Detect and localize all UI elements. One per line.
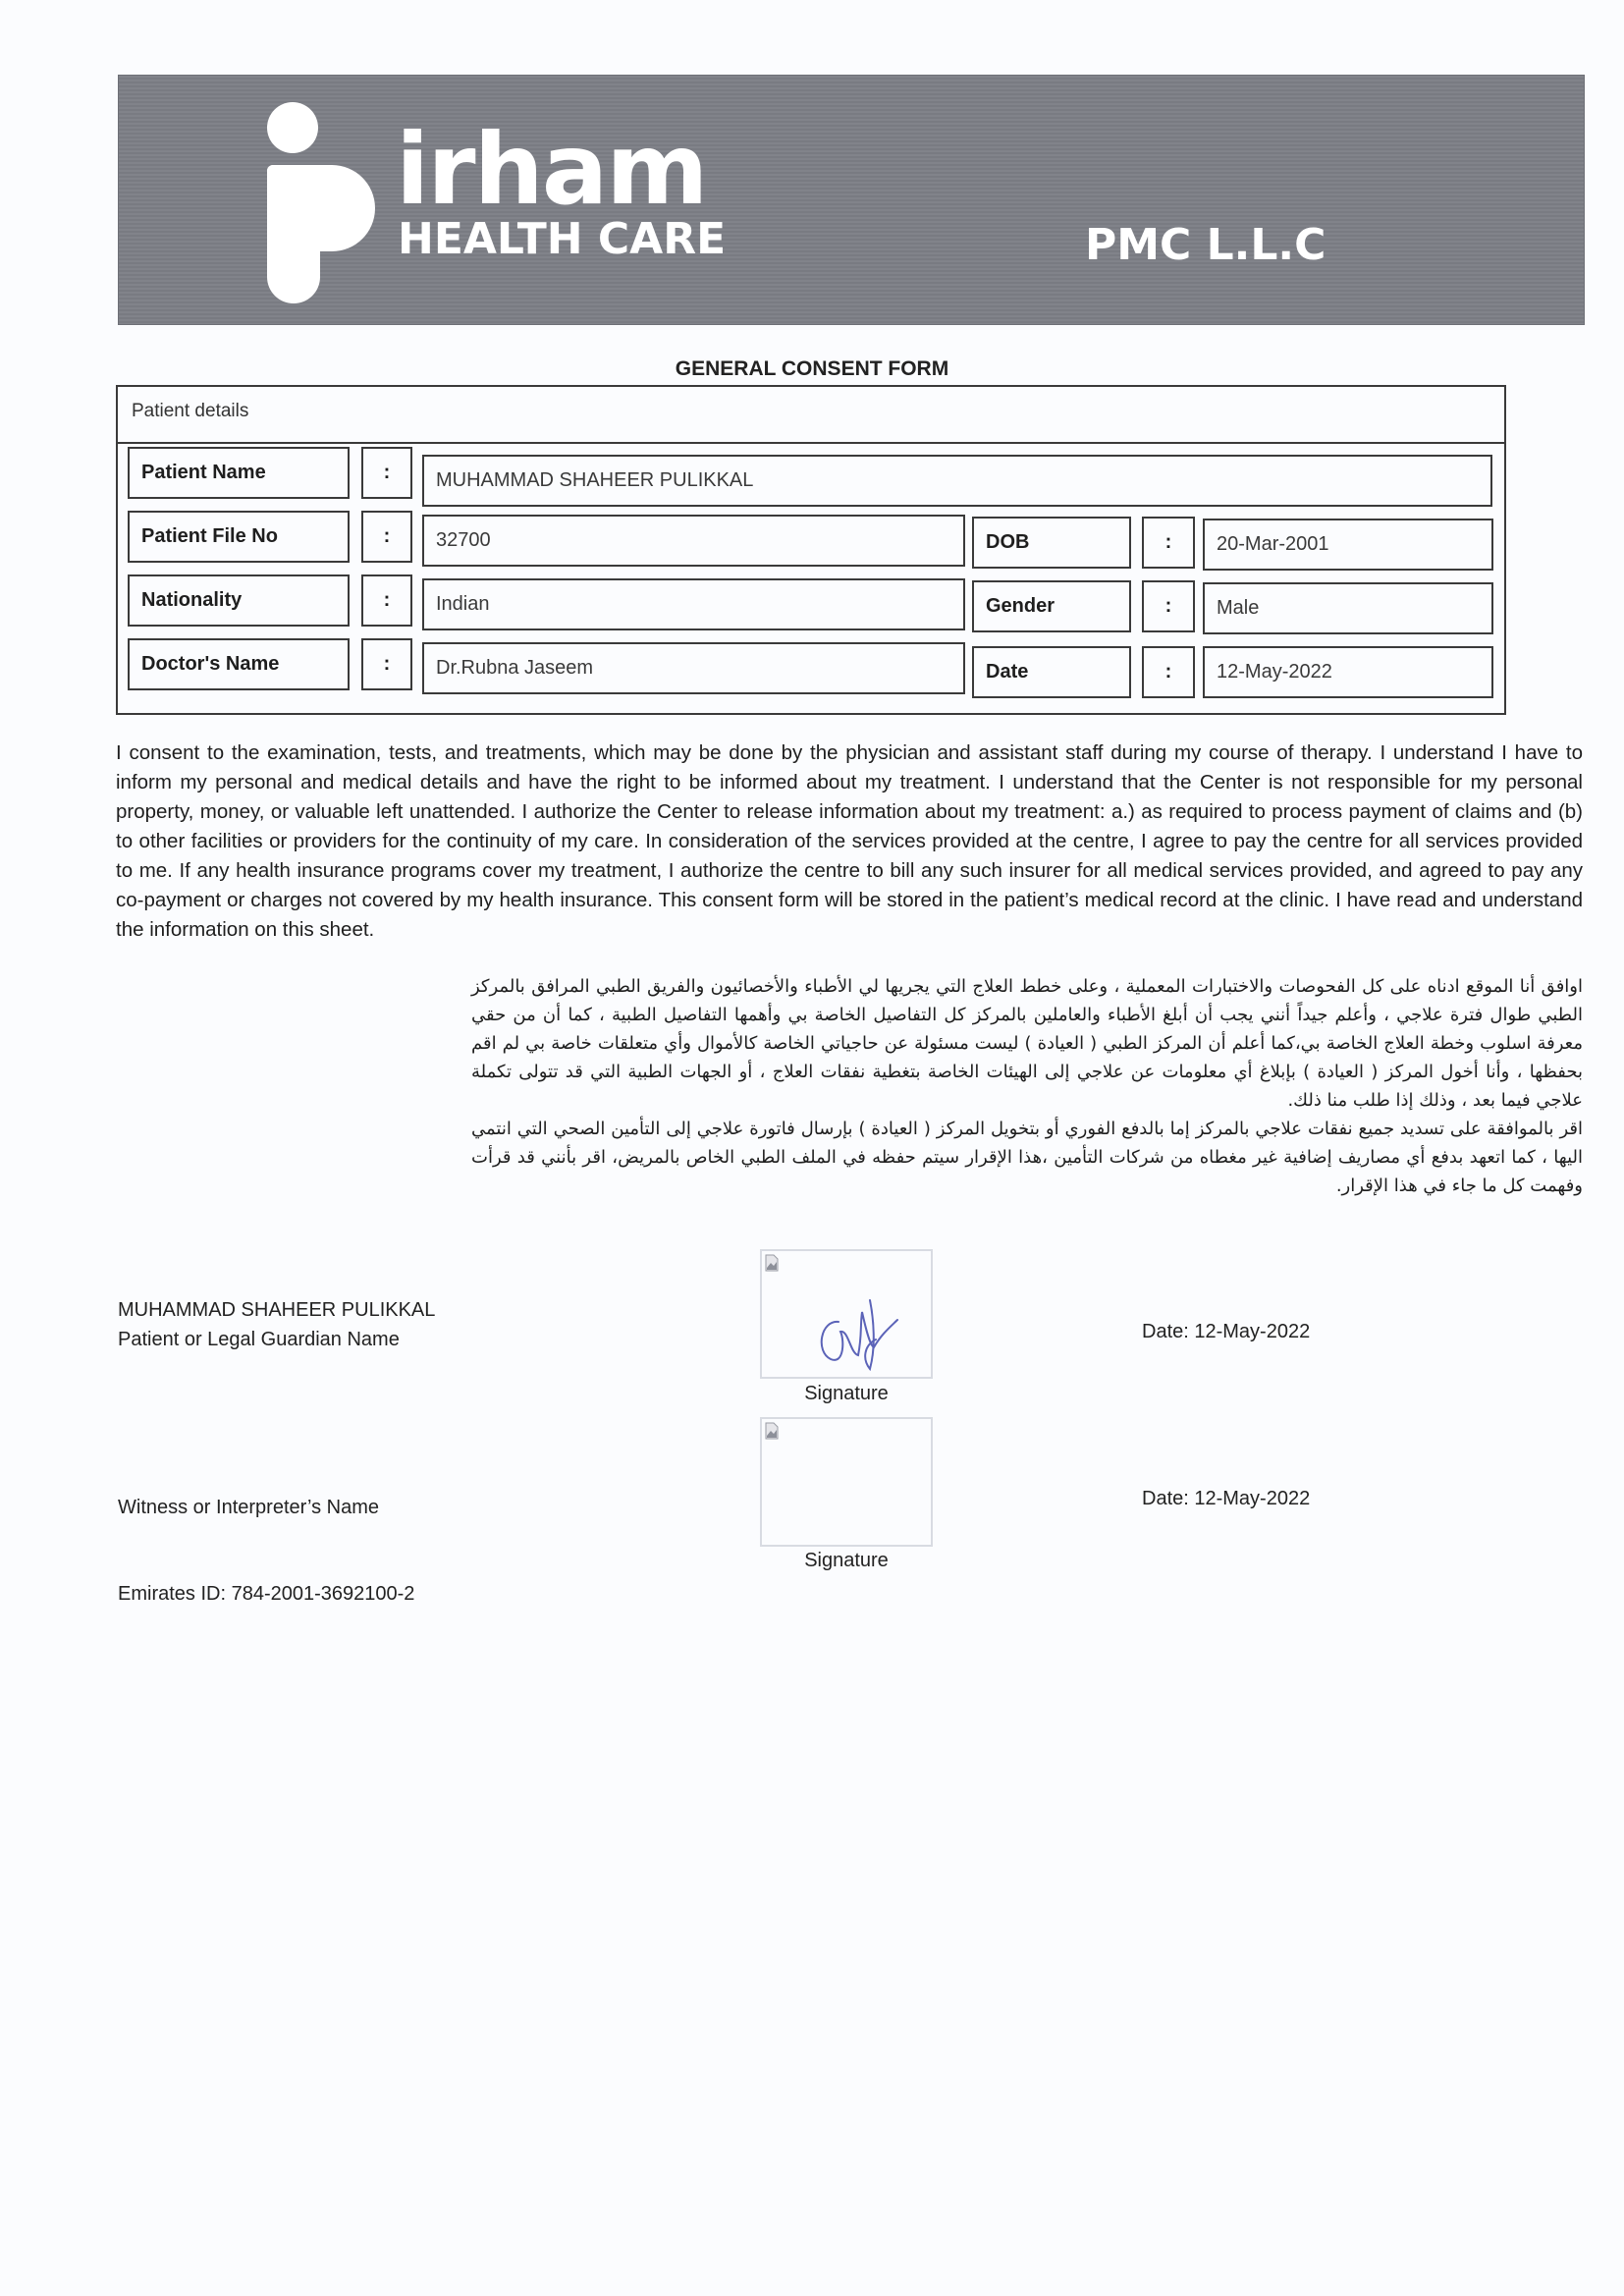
nationality-separator: : <box>361 574 412 627</box>
patient-file-no-label: Patient File No <box>128 511 350 563</box>
witness-signature-box[interactable] <box>760 1417 933 1547</box>
consent-text-english: I consent to the examination, tests, and… <box>116 738 1583 945</box>
date-label: Date <box>972 646 1131 698</box>
patient-signature-date: Date: 12-May-2022 <box>1142 1321 1310 1343</box>
nationality-field[interactable]: Indian <box>422 578 965 630</box>
patient-file-no-field[interactable]: 32700 <box>422 515 965 567</box>
form-title: GENERAL CONSENT FORM <box>0 357 1624 381</box>
doctor-name-field[interactable]: Dr.Rubna Jaseem <box>422 642 965 694</box>
irham-logo-icon <box>267 102 375 303</box>
patient-signature-box[interactable] <box>760 1249 933 1379</box>
date-separator: : <box>1142 646 1195 698</box>
patient-guardian-name: MUHAMMAD SHAHEER PULIKKAL <box>118 1299 435 1322</box>
company-suffix: PMC L.L.C <box>1085 224 1326 267</box>
doctor-name-separator: : <box>361 638 412 690</box>
doctor-name-label: Doctor's Name <box>128 638 350 690</box>
consent-arabic-paragraph-2: اقر بالموافقة على تسديد جميع نفقات علاجي… <box>471 1115 1583 1200</box>
patient-file-no-separator: : <box>361 511 412 563</box>
brand-name: irham <box>396 121 706 219</box>
patient-guardian-label: Patient or Legal Guardian Name <box>118 1329 400 1351</box>
date-field[interactable]: 12-May-2022 <box>1203 646 1493 698</box>
signature-stroke-icon <box>801 1290 909 1375</box>
patient-name-separator: : <box>361 447 412 499</box>
section-header: Patient details <box>118 387 1504 444</box>
consent-arabic-paragraph-1: اوافق أنا الموقع ادناه على كل الفحوصات و… <box>471 972 1583 1115</box>
nationality-label: Nationality <box>128 574 350 627</box>
dob-separator: : <box>1142 517 1195 569</box>
section-title: Patient details <box>132 401 248 422</box>
witness-interpreter-label: Witness or Interpreter’s Name <box>118 1497 379 1519</box>
consent-text-arabic: اوافق أنا الموقع ادناه على كل الفحوصات و… <box>471 972 1583 1200</box>
gender-label: Gender <box>972 580 1131 632</box>
witness-signature-date: Date: 12-May-2022 <box>1142 1488 1310 1510</box>
gender-field[interactable]: Male <box>1203 582 1493 634</box>
broken-image-icon <box>765 1422 779 1440</box>
patient-name-label: Patient Name <box>128 447 350 499</box>
brand-subtitle: HEALTH CARE <box>398 218 726 261</box>
patient-signature-caption: Signature <box>760 1383 933 1405</box>
emirates-id: Emirates ID: 784-2001-3692100-2 <box>118 1583 414 1606</box>
dob-label: DOB <box>972 517 1131 569</box>
broken-image-icon <box>765 1254 779 1272</box>
witness-signature-caption: Signature <box>760 1550 933 1572</box>
dob-field[interactable]: 20-Mar-2001 <box>1203 519 1493 571</box>
gender-separator: : <box>1142 580 1195 632</box>
patient-name-field[interactable]: MUHAMMAD SHAHEER PULIKKAL <box>422 455 1492 507</box>
